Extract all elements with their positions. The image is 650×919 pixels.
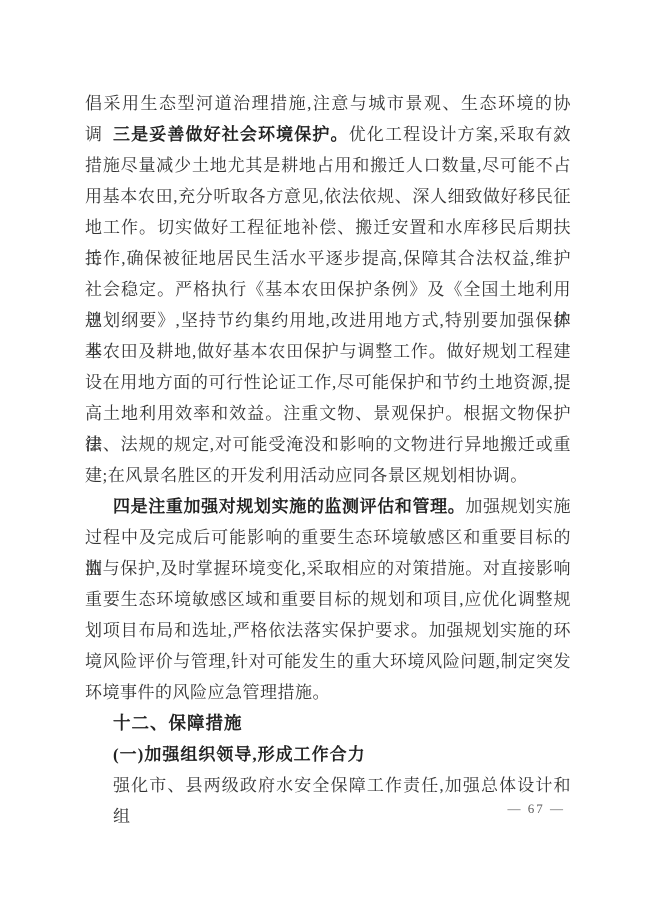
body-text: 设在用地方面的可行性论证工作,尽可能保护和节约土地资源,提	[85, 373, 571, 392]
text-line: 用基本农田,充分听取各方意见,依法依规、深人细致做好移民征	[85, 181, 571, 212]
text-line: 三是妥善做好社会环境保护。优化工程设计方案,采取有效	[85, 119, 571, 150]
page-number: — 67 —	[508, 800, 566, 818]
bold-lead-text: 四是注重加强对规划实施的监测评估和管理。	[113, 497, 465, 516]
text-line: 环境事件的风险应急管理措施。	[85, 677, 571, 708]
body-text: 措施尽量减少土地尤其是耕地占用和搬迁人口数量,尽可能不占	[85, 156, 571, 175]
body-text: 本农田及耕地,做好基本农田保护与调整工作。做好规划工程建	[85, 342, 571, 361]
text-line: 高土地利用效率和效益。注重文物、景观保护。根据文物保护法	[85, 398, 571, 429]
text-line: 措施尽量减少土地尤其是耕地占用和搬迁人口数量,尽可能不占	[85, 150, 571, 181]
body-text: (一)加强组织领导,形成工作合力	[113, 745, 366, 764]
text-line: 强化市、县两级政府水安全保障工作责任,加强总体设计和组	[85, 770, 571, 801]
section-heading: 十二、保障措施	[85, 708, 571, 739]
body-text: 重要生态环境敏感区域和重要目标的规划和项目,应优化调整规	[85, 590, 571, 609]
body-text: 优化工程设计方案,采取有效	[349, 125, 571, 144]
text-line: 工作,确保被征地居民生活水平逐步提高,保障其合法权益,维护	[85, 243, 571, 274]
text-line: 地工作。切实做好工程征地补偿、搬迁安置和水库移民后期扶持	[85, 212, 571, 243]
document-page: 倡采用生态型河道治理措施,注意与城市景观、生态环境的协调。三是妥善做好社会环境保…	[0, 0, 650, 919]
body-text: 工作,确保被征地居民生活水平逐步提高,保障其合法权益,维护	[85, 249, 571, 268]
text-line: 本农田及耕地,做好基本农田保护与调整工作。做好规划工程建	[85, 336, 571, 367]
text-line: 重要生态环境敏感区域和重要目标的规划和项目,应优化调整规	[85, 584, 571, 615]
text-line: 测与保护,及时掌握环境变化,采取相应的对策措施。对直接影响	[85, 553, 571, 584]
text-line: 过程中及完成后可能影响的重要生态环境敏感区和重要目标的监	[85, 522, 571, 553]
body-text: 建;在风景名胜区的开发利用活动应同各景区规划相协调。	[85, 466, 528, 485]
text-line: 建;在风景名胜区的开发利用活动应同各景区规划相协调。	[85, 460, 571, 491]
text-line: 规划纲要》,坚持节约集约用地,改进用地方式,特别要加强保护基	[85, 305, 571, 336]
text-block: 倡采用生态型河道治理措施,注意与城市景观、生态环境的协调。三是妥善做好社会环境保…	[85, 88, 571, 801]
body-text: 强化市、县两级政府水安全保障工作责任,加强总体设计和组	[113, 776, 571, 826]
text-line: 律、法规的规定,对可能受淹没和影响的文物进行异地搬迁或重	[85, 429, 571, 460]
text-line: 划项目布局和选址,严格依法落实保护要求。加强规划实施的环	[85, 615, 571, 646]
body-text: 划项目布局和选址,严格依法落实保护要求。加强规划实施的环	[85, 621, 571, 640]
body-text: 环境事件的风险应急管理措施。	[85, 683, 330, 702]
sub-heading: (一)加强组织领导,形成工作合力	[85, 739, 571, 770]
body-text: 测与保护,及时掌握环境变化,采取相应的对策措施。对直接影响	[85, 559, 571, 578]
body-text: 加强规划实施	[465, 497, 571, 516]
body-text: 境风险评价与管理,针对可能发生的重大环境风险问题,制定突发	[85, 652, 571, 671]
text-line: 设在用地方面的可行性论证工作,尽可能保护和节约土地资源,提	[85, 367, 571, 398]
text-line: 社会稳定。严格执行《基本农田保护条例》及《全国土地利用总体	[85, 274, 571, 305]
body-text: 用基本农田,充分听取各方意见,依法依规、深人细致做好移民征	[85, 187, 571, 206]
text-line: 四是注重加强对规划实施的监测评估和管理。加强规划实施	[85, 491, 571, 522]
body-text: 律、法规的规定,对可能受淹没和影响的文物进行异地搬迁或重	[85, 435, 571, 454]
bold-lead-text: 十二、保障措施	[113, 713, 243, 733]
text-line: 境风险评价与管理,针对可能发生的重大环境风险问题,制定突发	[85, 646, 571, 677]
bold-lead-text: 三是妥善做好社会环境保护。	[113, 125, 349, 144]
text-line: 倡采用生态型河道治理措施,注意与城市景观、生态环境的协调。	[85, 88, 571, 119]
